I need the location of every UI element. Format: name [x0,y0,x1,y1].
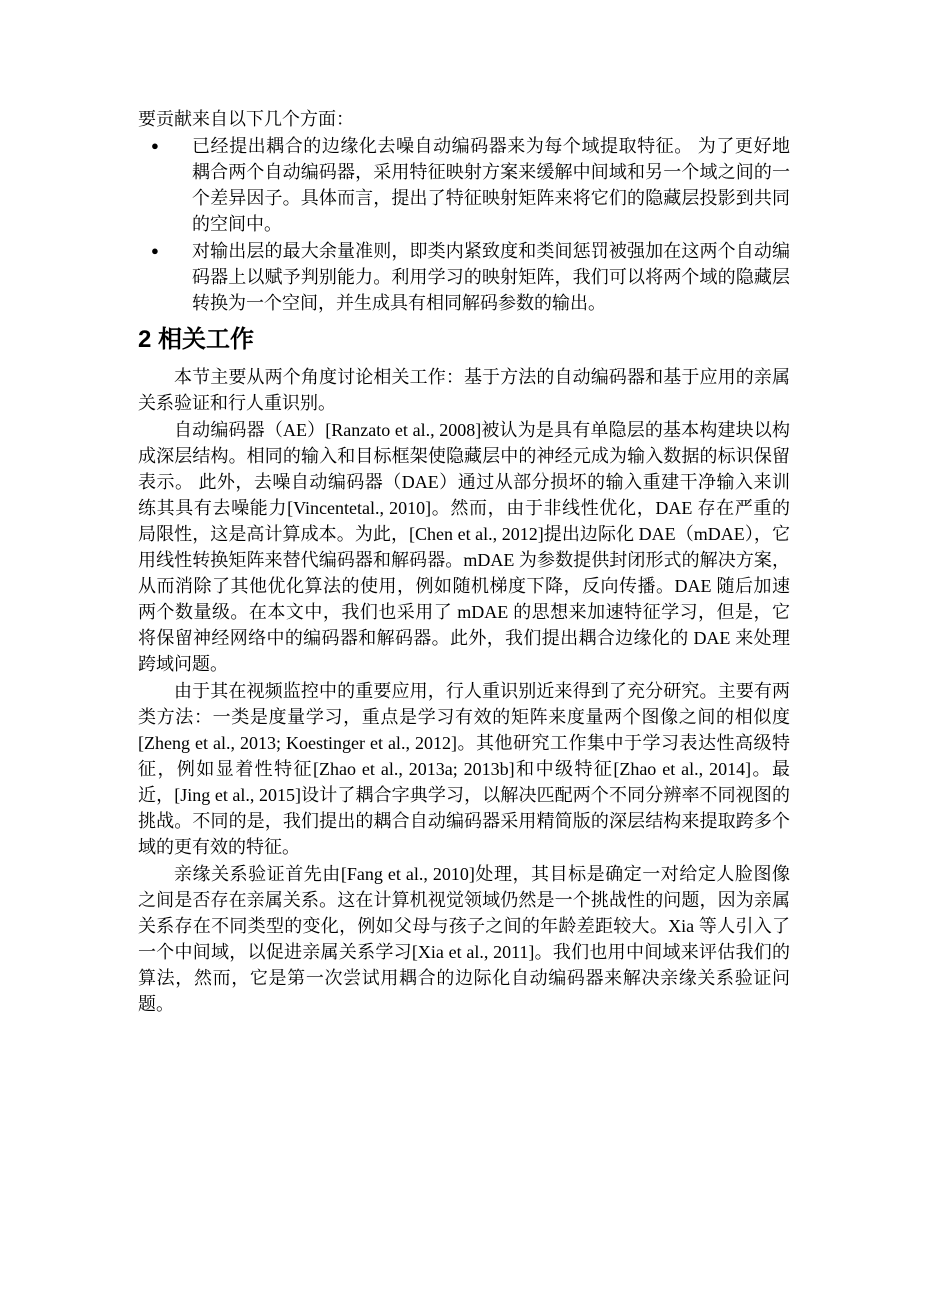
bullet-list: ● 已经提出耦合的边缘化去噪自动编码器来为每个域提取特征。 为了更好地耦合两个自… [138,133,790,316]
page-content: 要贡献来自以下几个方面： ● 已经提出耦合的边缘化去噪自动编码器来为每个域提取特… [138,106,790,1017]
paragraph-related-work-intro: 本节主要从两个角度讨论相关工作：基于方法的自动编码器和基于应用的亲属关系验证和行… [138,364,790,416]
paragraph-kinship-verification: 亲缘关系验证首先由[Fang et al., 2010]处理，其目标是确定一对给… [138,861,790,1017]
intro-paragraph: 要贡献来自以下几个方面： [138,106,790,132]
document-page: 要贡献来自以下几个方面： ● 已经提出耦合的边缘化去噪自动编码器来为每个域提取特… [0,0,926,1309]
bullet-item: ● 对输出层的最大余量准则，即类内紧致度和类间惩罚被强加在这两个自动编码器上以赋… [138,238,790,316]
bullet-item-text: 对输出层的最大余量准则，即类内紧致度和类间惩罚被强加在这两个自动编码器上以赋予判… [192,241,790,313]
bullet-item: ● 已经提出耦合的边缘化去噪自动编码器来为每个域提取特征。 为了更好地耦合两个自… [138,133,790,237]
bullet-icon: ● [151,133,159,159]
bullet-icon: ● [151,238,159,264]
paragraph-person-reid: 由于其在视频监控中的重要应用，行人重识别近来得到了充分研究。主要有两类方法：一类… [138,678,790,860]
paragraph-autoencoder: 自动编码器（AE）[Ranzato et al., 2008]被认为是具有单隐层… [138,417,790,677]
section-heading: 2 相关工作 [138,324,790,356]
bullet-item-text: 已经提出耦合的边缘化去噪自动编码器来为每个域提取特征。 为了更好地耦合两个自动编… [192,136,790,234]
